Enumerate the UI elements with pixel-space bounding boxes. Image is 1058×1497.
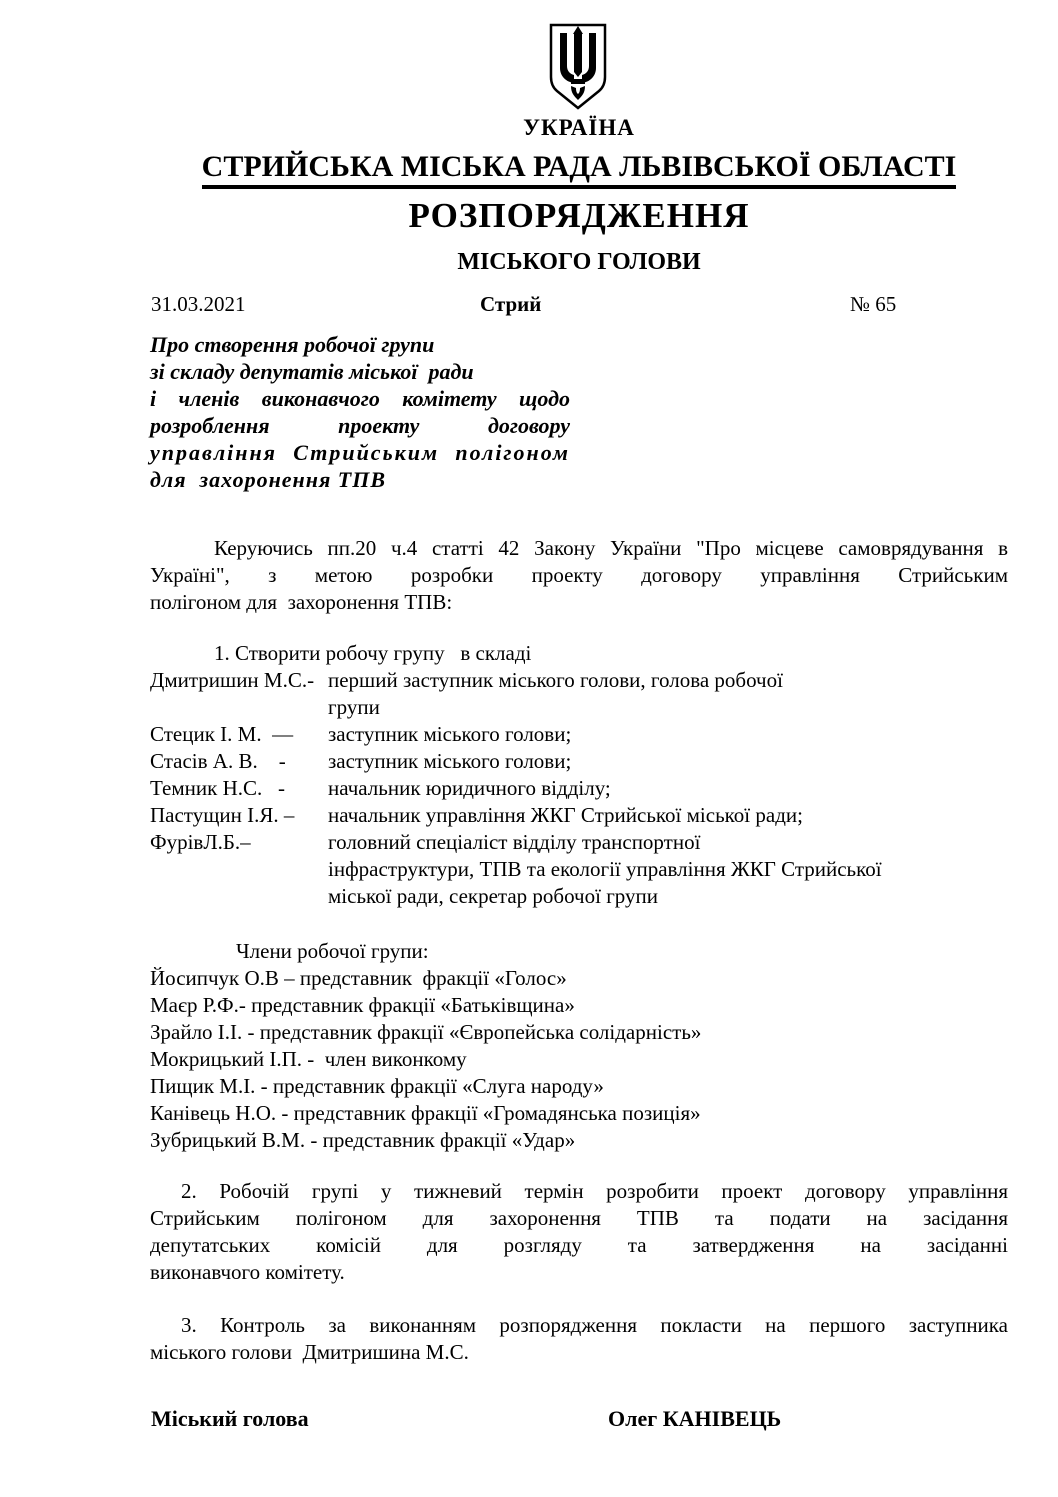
- document-number: № 65: [850, 292, 896, 317]
- paragraph-2: 2. Робочій групі у тижневий термін розро…: [150, 1178, 1008, 1286]
- subject-line: управління Стрийським полігоном: [150, 439, 570, 466]
- paragraph-line: 3. Контроль за виконанням розпорядження …: [150, 1312, 1008, 1339]
- paragraph-line: виконавчого комітету.: [150, 1259, 1008, 1286]
- paragraph-line: Україні", з метою розробки проекту догов…: [150, 562, 1008, 589]
- roster-name: Темник Н.С. -: [150, 775, 328, 802]
- working-group-roster: Дмитришин М.С.- перший заступник міськог…: [150, 667, 1008, 910]
- paragraph-line: полігоном для захоронення ТПВ:: [150, 589, 1008, 616]
- roster-role: головний спеціаліст відділу транспортної…: [328, 829, 882, 910]
- subject-line: розроблення проекту договору: [150, 412, 570, 439]
- paragraph-line: міського голови Дмитришина М.С.: [150, 1339, 1008, 1366]
- paragraph-preamble: Керуючись пп.20 ч.4 статті 42 Закону Укр…: [150, 535, 1008, 616]
- roster-row: ФурівЛ.Б.– головний спеціаліст відділу т…: [150, 829, 1008, 910]
- member-line: Пищик М.І. - представник фракції «Слуга …: [150, 1073, 1008, 1100]
- roster-role: заступник міського голови;: [328, 748, 571, 775]
- subject-line: зі складу депутатів міської ради: [150, 358, 570, 385]
- coat-of-arms: [546, 22, 610, 112]
- signer-position: Міський голова: [151, 1406, 309, 1432]
- roster-row: Темник Н.С. - начальник юридичного відді…: [150, 775, 1008, 802]
- member-line: Канівець Н.О. - представник фракції «Гро…: [150, 1100, 1008, 1127]
- subject-line: для захоронення ТПВ: [150, 466, 570, 493]
- signature-row: Міський голова Олег КАНІВЕЦЬ: [150, 1406, 1008, 1436]
- paragraph-line: депутатських комісій для розгляду та зат…: [150, 1232, 1008, 1259]
- member-line: Зрайло І.І. - представник фракції «Європ…: [150, 1019, 1008, 1046]
- member-line: Зубрицький В.М. - представник фракції «У…: [150, 1127, 1008, 1154]
- member-line: Маєр Р.Ф.- представник фракції «Батьківщ…: [150, 992, 1008, 1019]
- subject-line: Про створення робочої групи: [150, 331, 570, 358]
- roster-role: начальник управління ЖКГ Стрийської місь…: [328, 802, 803, 829]
- signer-name: Олег КАНІВЕЦЬ: [608, 1406, 781, 1432]
- document-page: { "colors": { "ink": "#000000", "paper":…: [0, 0, 1058, 1497]
- paragraph-line: 2. Робочій групі у тижневий термін розро…: [150, 1178, 1008, 1205]
- paragraph-3: 3. Контроль за виконанням розпорядження …: [150, 1312, 1008, 1366]
- roster-row: Пастущин І.Я. – начальник управління ЖКГ…: [150, 802, 1008, 829]
- document-date: 31.03.2021: [151, 292, 246, 317]
- roster-role: перший заступник міського голови, голова…: [328, 667, 783, 721]
- subject-block: Про створення робочої групи зі складу де…: [150, 331, 570, 493]
- document-type-title: РОЗПОРЯДЖЕННЯ: [150, 196, 1008, 236]
- members-list: Йосипчук О.В – представник фракції «Голо…: [150, 965, 1008, 1154]
- roster-name: Дмитришин М.С.-: [150, 667, 328, 694]
- item-1-heading: 1. Створити робочу групу в складі: [150, 640, 1008, 667]
- country-name: УКРАЇНА: [150, 115, 1008, 141]
- paragraph-line: Стрийським полігоном для захоронення ТПВ…: [150, 1205, 1008, 1232]
- roster-name: Стецик І. М. —: [150, 721, 328, 748]
- roster-name: Стасів А. В. -: [150, 748, 328, 775]
- roster-name: ФурівЛ.Б.–: [150, 829, 328, 856]
- roster-role: заступник міського голови;: [328, 721, 571, 748]
- trident-icon: [546, 22, 610, 112]
- document-content: УКРАЇНА СТРИЙСЬКА МІСЬКА РАДА ЛЬВІВСЬКОЇ…: [150, 0, 1008, 1497]
- roster-row: Стасів А. В. - заступник міського голови…: [150, 748, 1008, 775]
- roster-row: Дмитришин М.С.- перший заступник міськог…: [150, 667, 1008, 721]
- members-header: Члени робочої групи:: [150, 938, 1058, 965]
- paragraph-line: Керуючись пп.20 ч.4 статті 42 Закону Укр…: [150, 535, 1008, 562]
- subject-line: і членів виконавчого комітету щодо: [150, 385, 570, 412]
- date-row: 31.03.2021 Стрий № 65: [150, 292, 1008, 319]
- document-subtype-title: МІСЬКОГО ГОЛОВИ: [150, 249, 1008, 276]
- roster-role: начальник юридичного відділу;: [328, 775, 611, 802]
- roster-row: Стецик І. М. — заступник міського голови…: [150, 721, 1008, 748]
- organization-title-text: СТРИЙСЬКА МІСЬКА РАДА ЛЬВІВСЬКОЇ ОБЛАСТІ: [202, 150, 957, 189]
- member-line: Мокрицький І.П. - член виконкому: [150, 1046, 1008, 1073]
- document-place: Стрий: [480, 292, 541, 317]
- roster-name: Пастущин І.Я. –: [150, 802, 328, 829]
- organization-title: СТРИЙСЬКА МІСЬКА РАДА ЛЬВІВСЬКОЇ ОБЛАСТІ: [150, 150, 1008, 189]
- member-line: Йосипчук О.В – представник фракції «Голо…: [150, 965, 1008, 992]
